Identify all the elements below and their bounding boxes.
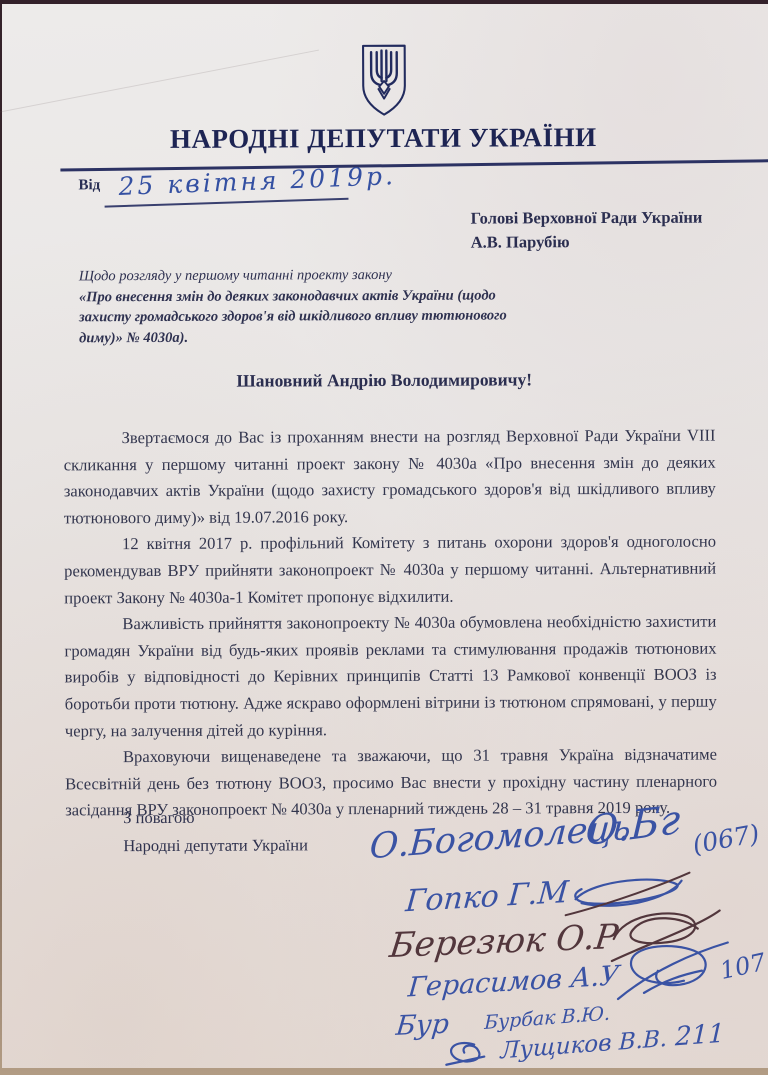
signature-lushchykov-flourish-icon xyxy=(440,1037,498,1073)
addressee-line2: А.В. Парубію xyxy=(471,230,703,255)
org-title: НАРОДНІ ДЕПУТАТИ УКРАЇНИ xyxy=(0,121,766,155)
signature-bogomolets-note: (067) xyxy=(690,819,761,860)
addressee-line1: Голові Верховної Ради України xyxy=(471,206,703,231)
paragraph-1: Звертаємося до Вас із проханням внести н… xyxy=(64,423,716,532)
signature-herasymov-flourish-icon xyxy=(610,940,732,1005)
subject-quoted-title: «Про внесення змін до деяких законодавчи… xyxy=(79,287,507,346)
signatures-block: О.Богомолець О.Бг (067) Гопко Г.М Березю… xyxy=(0,2,766,5)
signature-berezyuk: Березюк О.Р xyxy=(387,917,620,966)
signature-lushchykov-note: 211 xyxy=(675,1019,725,1053)
closing-line1: З повагою xyxy=(123,803,308,832)
paragraph-2: 12 квітня 2017 р. профільний Комітету з … xyxy=(64,529,716,612)
salutation: Шановний Андрію Володимировичу! xyxy=(1,368,767,392)
subject-line1: Щодо розгляду у першому читанні проекту … xyxy=(79,267,392,284)
signature-lushchykov-name: Лущиков В.В. xyxy=(500,1026,667,1065)
letter-body: Звертаємося до Вас із проханням внести н… xyxy=(64,423,718,825)
signature-hopko: Гопко Г.М xyxy=(404,875,570,919)
date-label: Від xyxy=(78,177,100,194)
letter-page: НАРОДНІ ДЕПУТАТИ УКРАЇНИ Від 25 квітня 2… xyxy=(2,4,768,1068)
letter-content: НАРОДНІ ДЕПУТАТИ УКРАЇНИ Від 25 квітня 2… xyxy=(0,2,768,1069)
ukraine-tryzub-emblem-icon xyxy=(352,38,416,124)
photo-of-letter: { "letterhead": { "emblem_icon": "ukrain… xyxy=(0,0,768,1075)
paragraph-3: Важливість прийняття законопроекту № 403… xyxy=(64,609,717,745)
signature-herasymov: Герасимов А.У xyxy=(407,960,620,1003)
closing-line2: Народні депутати України xyxy=(123,831,308,860)
addressee-block: Голові Верховної Ради України А.В. Паруб… xyxy=(471,206,703,255)
closing-block: З повагою Народні депутати України xyxy=(123,803,308,860)
subject-block: Щодо розгляду у першому читанні проекту … xyxy=(79,264,515,348)
